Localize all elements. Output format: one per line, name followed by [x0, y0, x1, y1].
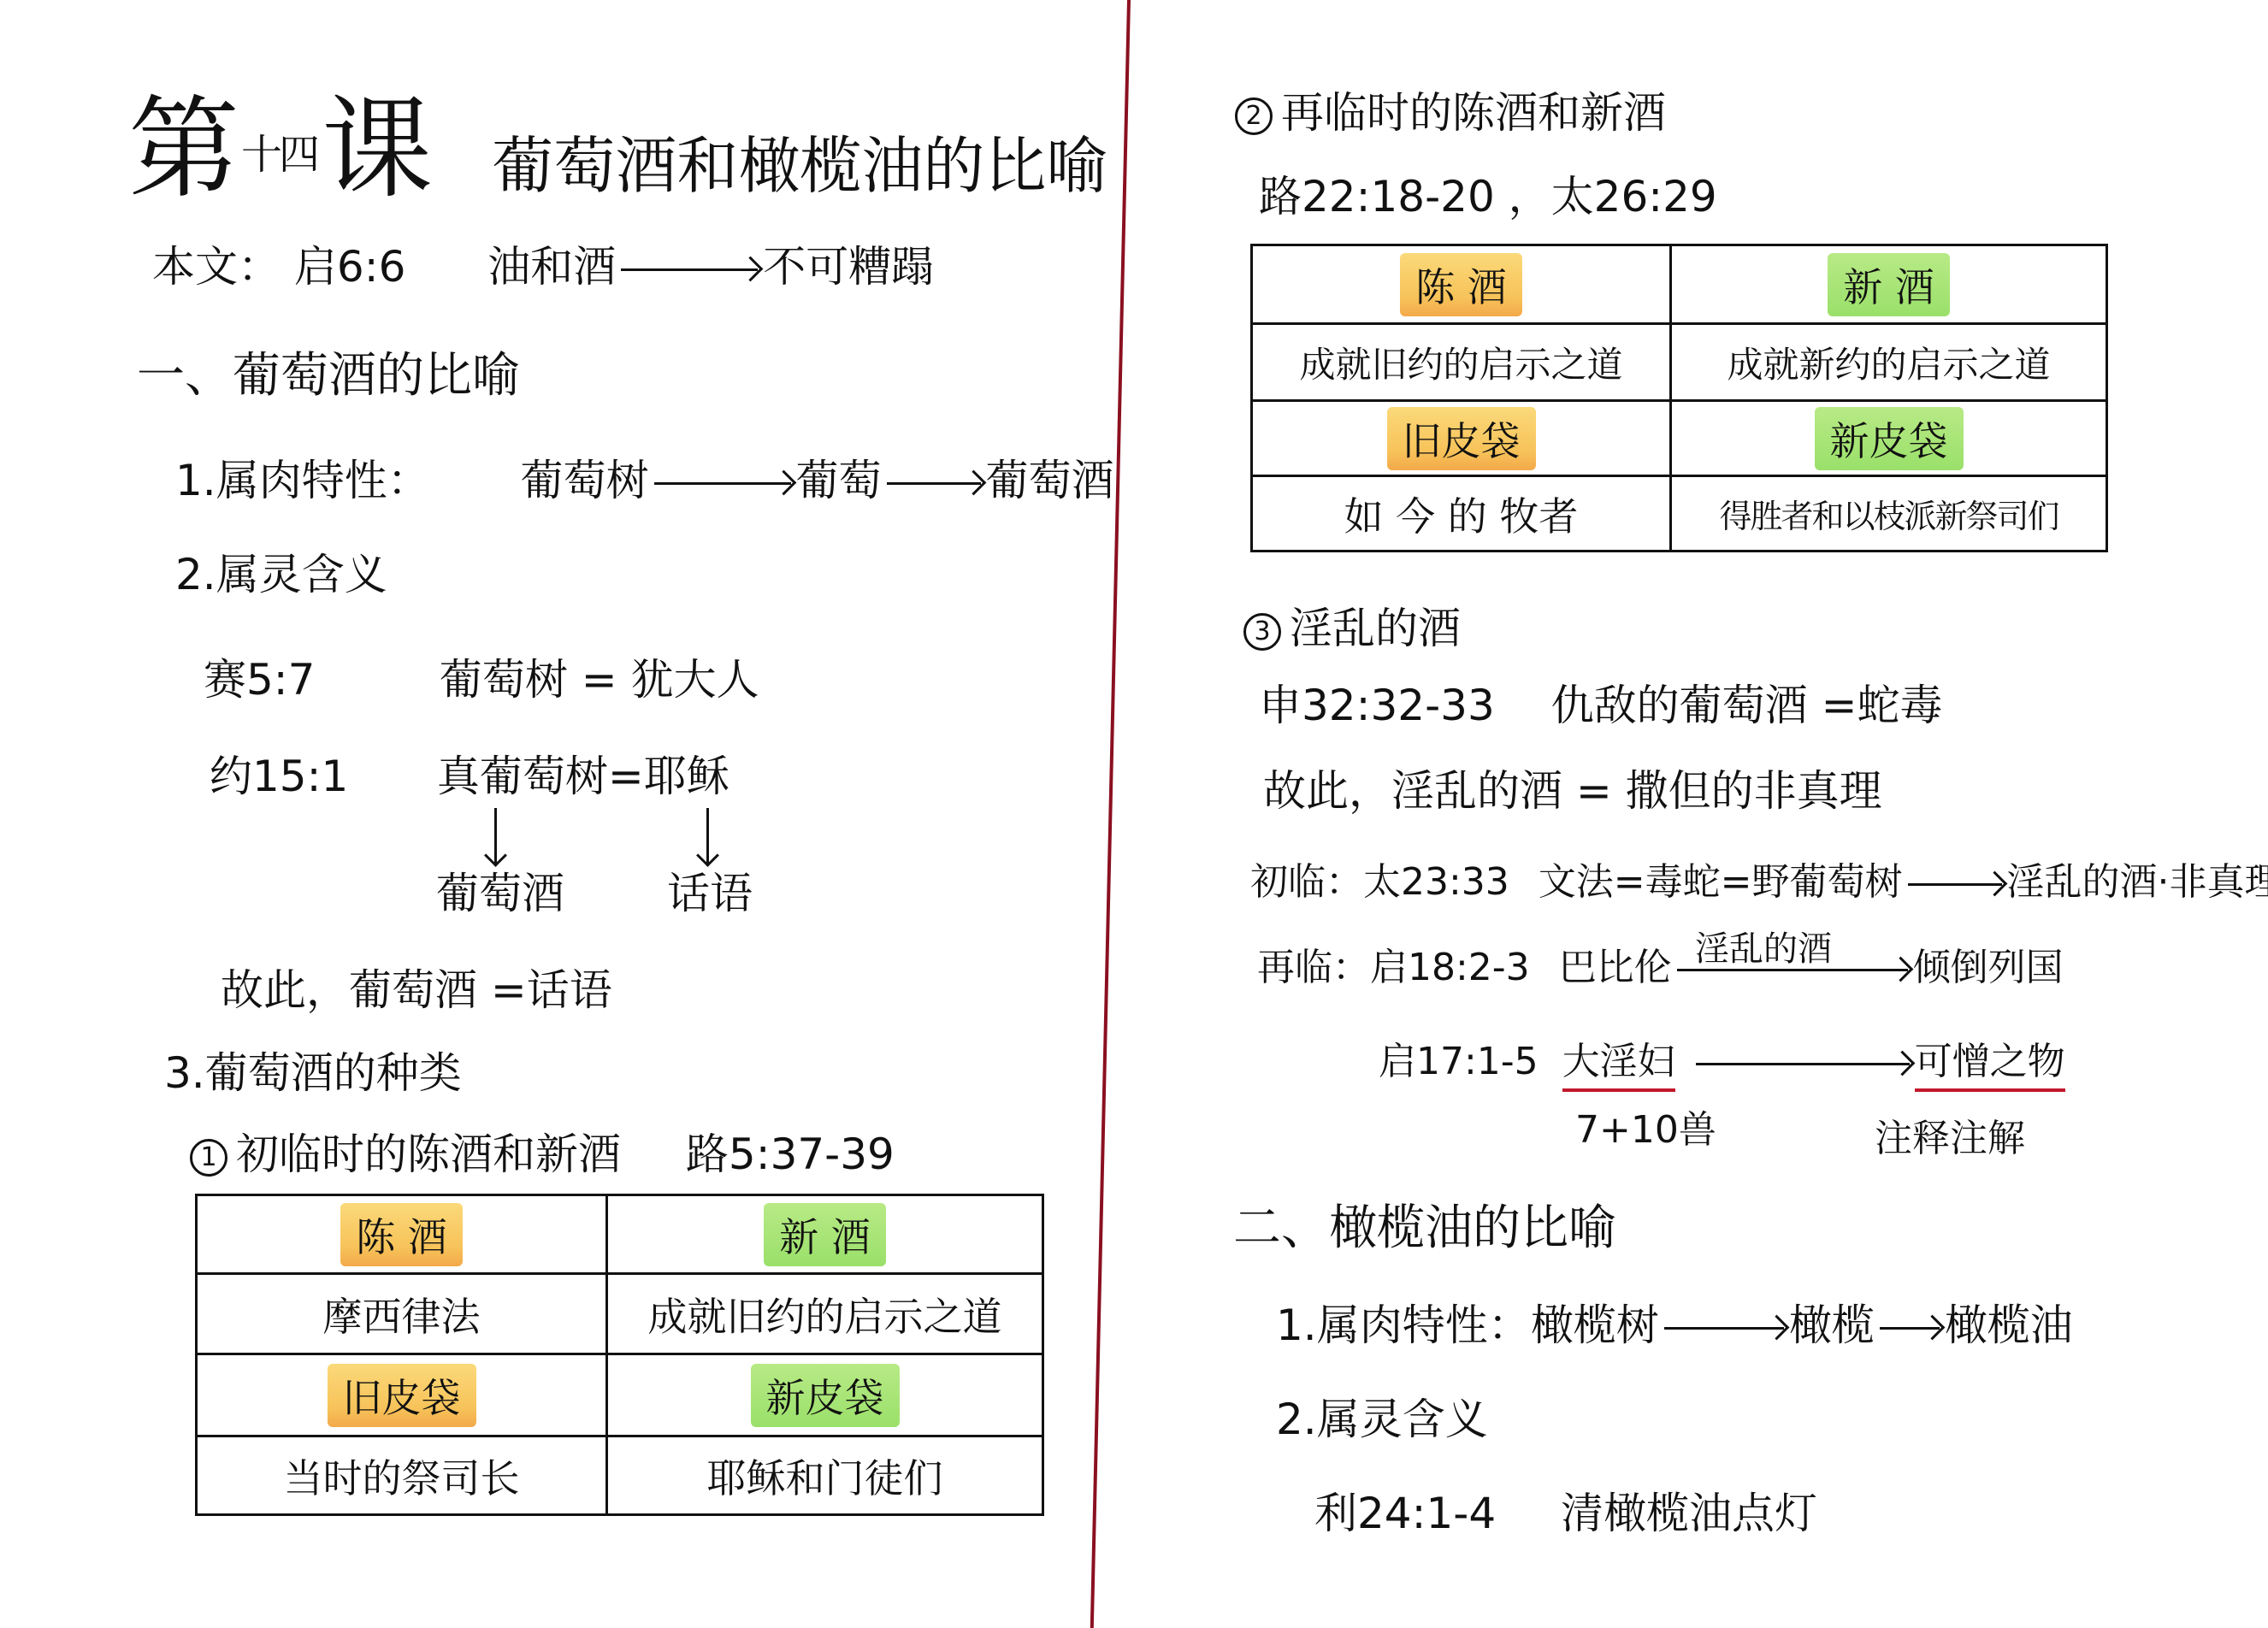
table-cell: 新皮袋 [607, 1354, 1043, 1436]
verse-row: 赛5:7 葡萄树 = 犹大人 [204, 646, 759, 707]
great-harlot: 大淫妇 [1562, 1040, 1675, 1092]
table-cell: 陈 酒 [197, 1195, 607, 1274]
table-cell: 新 酒 [607, 1195, 1043, 1274]
sub-title: 再临时的陈酒和新酒 [1281, 88, 1666, 138]
wine-types-label: 3.葡萄酒的种类 [164, 1039, 462, 1100]
verse-ref: 约15:1 [210, 742, 423, 804]
lesson-number-label: 第十四课 [128, 84, 461, 214]
table-cell: 新皮袋 [1671, 401, 2107, 476]
chain-step: 葡萄酒 [986, 456, 1114, 505]
arrow-label: 淫乱的酒 [1695, 922, 1832, 970]
table-cell: 如 今 的 牧者 [1252, 476, 1671, 552]
verse-row: 约15:1 真葡萄树=耶稣 [210, 742, 729, 804]
text-ref-result: 不可糟蹋 [763, 242, 934, 292]
abomination: 可憎之物 [1915, 1040, 2065, 1092]
item-label: 1.属肉特性： [1276, 1301, 1531, 1350]
lesson-topic: 葡萄酒和橄榄油的比喻 [492, 130, 1107, 202]
adulterous-wine-conclusion: 故此，淫乱的酒 = 撒但的非真理 [1263, 757, 1882, 818]
first-coming-line: 初临：太23:33 文法=毒蛇=野葡萄树淫乱的酒·非真理 [1250, 851, 2268, 905]
lesson-title: 第十四课 葡萄酒和橄榄油的比喻 [128, 60, 1107, 220]
wine-spiritual-meaning-label: 2.属灵含义 [175, 540, 387, 602]
sub-verse: 路5:37-39 [686, 1130, 895, 1179]
chain-step: 葡萄 [796, 456, 882, 505]
table-cell: 新 酒 [1671, 245, 2107, 324]
section-heading-olive-oil: 二、橄榄油的比喻 [1233, 1190, 1616, 1259]
table-cell: 当时的祭司长 [197, 1436, 607, 1515]
result: 淫乱的酒·非真理 [2007, 860, 2268, 904]
text-ref-verse: 启6:6 [294, 242, 405, 292]
table-row: 陈 酒 新 酒 [197, 1195, 1043, 1274]
verse-ref: 利24:1-4 [1314, 1489, 1496, 1538]
table-row: 陈 酒 新 酒 [1252, 245, 2107, 324]
new-wine-header: 新 酒 [1828, 253, 1950, 316]
wine-physical-traits: 1.属肉特性： 葡萄树葡萄葡萄酒 [175, 446, 1114, 508]
old-wineskin-header: 旧皮袋 [328, 1364, 476, 1427]
left-page: 第十四课 葡萄酒和橄榄油的比喻 本文： 启6:6 油和酒不可糟蹋 一、葡萄酒的比… [0, 0, 1127, 1628]
old-wineskin-header: 旧皮袋 [1387, 407, 1536, 470]
arrow-right-icon [887, 482, 981, 485]
text-ref-subject: 油和酒 [487, 242, 616, 292]
arrow-down-icon [494, 808, 497, 864]
rev17-line: 启17:1-5 大淫妇可憎之物 [1379, 1030, 2065, 1085]
table-cell: 成就旧约的启示之道 [607, 1274, 1043, 1354]
verse-ref: 太23:33 [1363, 860, 1509, 904]
arrow-right-icon [654, 482, 791, 485]
circled-number: 3 [1243, 613, 1281, 651]
old-wine-header: 陈 酒 [340, 1203, 463, 1266]
right-page: 2再临时的陈酒和新酒 路22:18-20 ，太26:29 陈 酒 新 酒 成就旧… [1131, 0, 2268, 1628]
old-wine-header: 陈 酒 [1400, 253, 1522, 316]
deut-line: 申32:32-33 仇敌的葡萄酒 =蛇毒 [1259, 671, 1942, 733]
text-reference: 本文： 启6:6 油和酒不可糟蹋 [152, 233, 934, 294]
table-row: 摩西律法 成就旧约的启示之道 [197, 1274, 1043, 1354]
circled-number: 2 [1235, 97, 1273, 135]
new-wine-header: 新 酒 [764, 1203, 886, 1266]
sub-title: 淫乱的酒 [1290, 604, 1461, 653]
second-coming-wine-table: 陈 酒 新 酒 成就旧约的启示之道 成就新约的启示之道 旧皮袋 新皮袋 如 今 … [1250, 244, 2108, 552]
arrow-right-icon [1664, 1327, 1784, 1330]
olive-physical-traits: 1.属肉特性：橄榄树橄榄橄榄油 [1276, 1291, 2073, 1353]
second-coming-line: 再临：启18:2-3 巴比伦倾倒列国 [1257, 936, 2064, 991]
table-row: 旧皮袋 新皮袋 [1252, 401, 2107, 476]
chain-step: 葡萄树 [521, 456, 649, 505]
table-row: 如 今 的 牧者 得胜者和以枝派新祭司们 [1252, 476, 2107, 552]
table-cell: 成就新约的启示之道 [1671, 324, 2107, 401]
verse-ref: 申32:32-33 [1259, 681, 1495, 730]
lesson-prefix: 第 [128, 84, 236, 214]
verse-statement: 仇敌的葡萄酒 =蛇毒 [1551, 681, 1943, 730]
table-row: 旧皮袋 新皮袋 [197, 1354, 1043, 1436]
wine-conclusion: 故此，葡萄酒 =话语 [221, 956, 612, 1017]
derived-wine: 葡萄酒 [436, 859, 564, 921]
section-heading-wine: 一、葡萄酒的比喻 [137, 338, 520, 406]
true-vine: 真葡萄树 [437, 752, 608, 801]
first-coming-heading: 1初临时的陈酒和新酒 路5:37-39 [190, 1120, 895, 1182]
verse-ref: 启17:1-5 [1379, 1040, 1539, 1083]
arrow-right-icon [621, 268, 758, 271]
arrow-right-icon [1908, 883, 2002, 886]
table-row: 成就旧约的启示之道 成就新约的启示之道 [1252, 324, 2107, 401]
chain-step: 橄榄油 [1945, 1301, 2073, 1350]
text-ref-label: 本文： [152, 242, 281, 292]
jesus: 耶稣 [644, 752, 729, 801]
equals-sign: = [608, 752, 644, 801]
lesson-suffix: 课 [322, 84, 429, 214]
table-cell: 陈 酒 [1252, 245, 1671, 324]
table-cell: 成就旧约的启示之道 [1252, 324, 1671, 401]
second-coming-label: 再临： [1257, 946, 1370, 989]
table-cell: 得胜者和以枝派新祭司们 [1671, 476, 2107, 552]
result: 倾倒列国 [1913, 946, 2064, 989]
verse-ref: 启18:2-3 [1370, 946, 1530, 989]
beast-note: 7+10兽 [1575, 1099, 1716, 1153]
second-coming-heading: 2再临时的陈酒和新酒 [1235, 79, 1666, 140]
arrow-right-icon [1696, 1063, 1910, 1065]
table-cell: 旧皮袋 [197, 1354, 607, 1436]
verse-statement: 葡萄树 = 犹大人 [440, 655, 759, 705]
arrow-right-icon [1880, 1327, 1940, 1330]
sub-title: 初临时的陈酒和新酒 [236, 1130, 621, 1179]
lev-line: 利24:1-4 清橄榄油点灯 [1314, 1479, 1817, 1541]
table-cell: 耶稣和门徒们 [607, 1436, 1043, 1515]
first-coming-label: 初临： [1250, 860, 1363, 904]
babylon: 巴比伦 [1559, 946, 1672, 989]
new-wineskin-header: 新皮袋 [751, 1364, 900, 1427]
item-label: 1.属肉特性： [175, 456, 430, 505]
circled-number: 1 [190, 1139, 227, 1177]
verse-ref: 赛5:7 [204, 646, 426, 707]
chain-step: 橄榄 [1789, 1301, 1875, 1350]
first-coming-wine-table: 陈 酒 新 酒 摩西律法 成就旧约的启示之道 旧皮袋 新皮袋 当时的祭司长 耶稣… [195, 1194, 1044, 1516]
table-row: 当时的祭司长 耶稣和门徒们 [197, 1436, 1043, 1515]
verse-statement: 清橄榄油点灯 [1561, 1489, 1817, 1538]
commentary-note: 注释注解 [1875, 1107, 2025, 1162]
lesson-number: 十四 [241, 131, 316, 179]
second-coming-verses: 路22:18-20 ，太26:29 [1259, 162, 1717, 224]
olive-spiritual-meaning-label: 2.属灵含义 [1276, 1385, 1488, 1447]
table-cell: 旧皮袋 [1252, 401, 1671, 476]
adulterous-wine-heading: 3淫乱的酒 [1243, 594, 1461, 656]
equation: 文法=毒蛇=野葡萄树 [1539, 860, 1903, 904]
table-cell: 摩西律法 [197, 1274, 607, 1354]
new-wineskin-header: 新皮袋 [1815, 407, 1964, 470]
arrow-down-icon [706, 808, 709, 864]
chain-step: 橄榄树 [1531, 1301, 1659, 1350]
derived-word: 话语 [667, 859, 753, 921]
